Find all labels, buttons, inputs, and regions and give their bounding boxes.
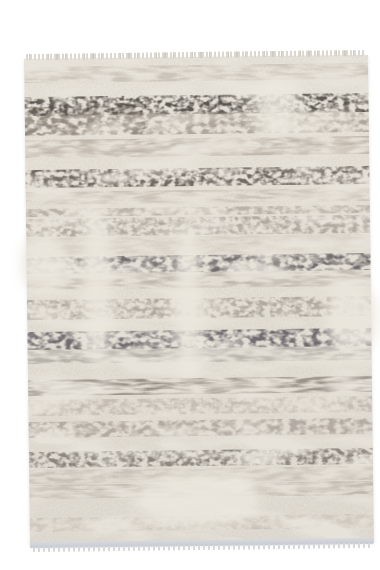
rug-image (24, 55, 374, 547)
rug-worn-overlay (24, 55, 374, 547)
rug-pattern-svg (24, 55, 374, 547)
product-photo (0, 0, 380, 570)
